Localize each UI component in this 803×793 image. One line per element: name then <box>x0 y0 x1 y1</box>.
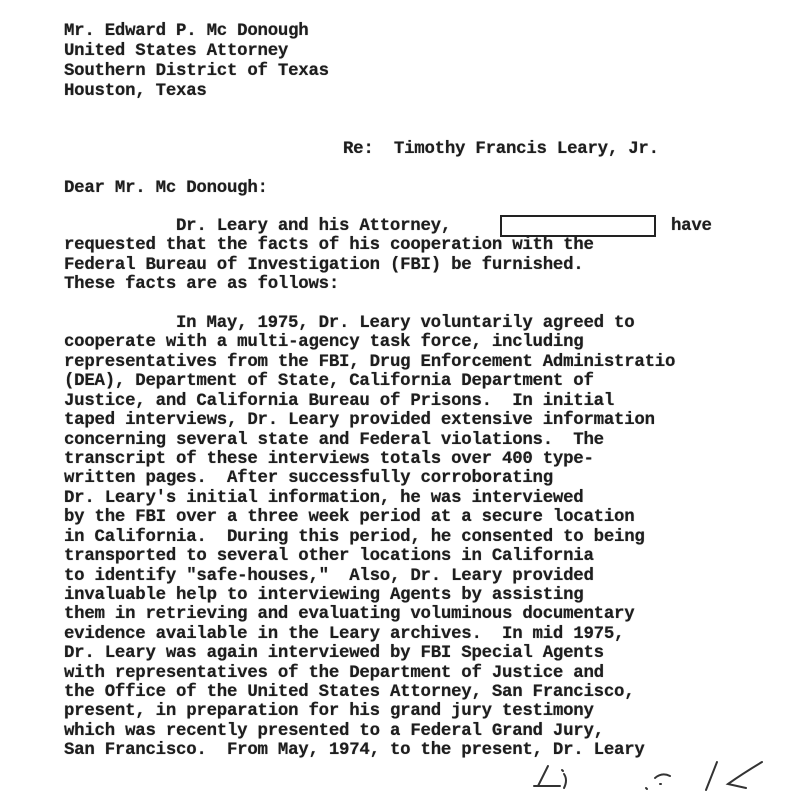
paragraph-line: transcript of these interviews totals ov… <box>64 450 594 470</box>
paragraph-line: which was recently presented to a Federa… <box>64 722 604 742</box>
paragraph-line: in California. During this period, he co… <box>64 528 645 548</box>
letter-page: Mr. Edward P. Mc Donough United States A… <box>0 0 803 793</box>
paragraph-line: requested that the facts of his cooperat… <box>64 236 594 256</box>
paragraph-line: (DEA), Department of State, California D… <box>64 372 594 392</box>
paragraph-line: have <box>671 217 712 237</box>
paragraph-line: Dr. Leary and his Attorney, <box>176 217 451 237</box>
address-line: Southern District of Texas <box>64 62 329 82</box>
paragraph-line: with representatives of the Department o… <box>64 664 604 684</box>
paragraph-line: concerning several state and Federal vio… <box>64 431 604 451</box>
paragraph-line: written pages. After successfully corrob… <box>64 469 553 489</box>
paragraph-line: Dr. Leary was again interviewed by FBI S… <box>64 644 604 664</box>
paragraph-line: cooperate with a multi-agency task force… <box>64 333 584 353</box>
paragraph-line: transported to several other locations i… <box>64 547 594 567</box>
paragraph-line: them in retrieving and evaluating volumi… <box>64 605 634 625</box>
salutation: Dear Mr. Mc Donough: <box>64 179 268 199</box>
paragraph-line: Justice, and California Bureau of Prison… <box>64 392 614 412</box>
paragraph-line: to identify "safe-houses," Also, Dr. Lea… <box>64 567 594 587</box>
paragraph-line: Federal Bureau of Investigation (FBI) be… <box>64 256 584 276</box>
paragraph-line: representatives from the FBI, Drug Enfor… <box>64 353 675 373</box>
paragraph-line: Dr. Leary's initial information, he was … <box>64 489 584 509</box>
address-line: United States Attorney <box>64 42 288 62</box>
paragraph-line: evidence available in the Leary archives… <box>64 625 624 645</box>
paragraph-line: the Office of the United States Attorney… <box>64 683 634 703</box>
reference-line: Re: Timothy Francis Leary, Jr. <box>343 140 659 160</box>
paragraph-line: present, in preparation for his grand ju… <box>64 702 594 722</box>
address-line: Mr. Edward P. Mc Donough <box>64 22 308 42</box>
paragraph-line: by the FBI over a three week period at a… <box>64 508 634 528</box>
paragraph-line: These facts are as follows: <box>64 275 339 295</box>
handwritten-annotation-icon <box>520 748 803 793</box>
paragraph-line: invaluable help to interviewing Agents b… <box>64 586 584 606</box>
address-line: Houston, Texas <box>64 82 207 102</box>
paragraph-line: In May, 1975, Dr. Leary voluntarily agre… <box>176 314 634 334</box>
paragraph-line: taped interviews, Dr. Leary provided ext… <box>64 411 655 431</box>
redaction-box <box>500 215 656 237</box>
